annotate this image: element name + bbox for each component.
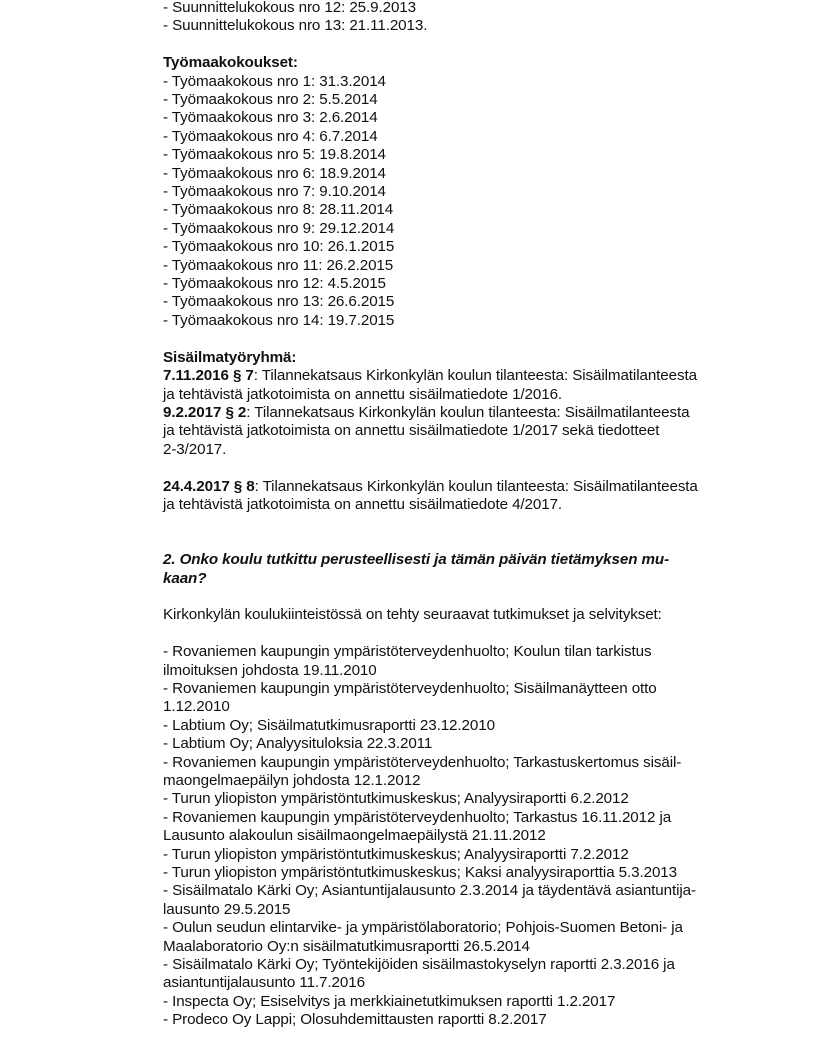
list-item: - Labtium Oy; Sisäilmatutkimusraportti 2… bbox=[163, 717, 753, 735]
list-item: - Prodeco Oy Lappi; Olosuhdemittausten r… bbox=[163, 1011, 753, 1029]
question-heading: 2. Onko koulu tutkittu perusteellisesti … bbox=[163, 551, 753, 569]
indoor-air-group-section: Sisäilmatyöryhmä: 7.11.2016 § 7: Tilanne… bbox=[163, 349, 753, 515]
entry-text: : Tilannekatsaus Kirkonkylän koulun tila… bbox=[254, 367, 697, 384]
list-item: - Työmaakokous nro 9: 29.12.2014 bbox=[163, 220, 753, 238]
list-item: - Työmaakokous nro 10: 26.1.2015 bbox=[163, 238, 753, 256]
planning-meetings-list: - Suunnittelukokous nro 12: 25.9.2013 - … bbox=[163, 0, 753, 36]
list-item: - Työmaakokous nro 14: 19.7.2015 bbox=[163, 312, 753, 330]
list-item: asiantuntijalausunto 11.7.2016 bbox=[163, 974, 753, 992]
list-item: - Rovaniemen kaupungin ympäristöterveyde… bbox=[163, 754, 753, 772]
entry-text: : Tilannekatsaus Kirkonkylän koulun tila… bbox=[255, 478, 698, 495]
list-item: - Rovaniemen kaupungin ympäristöterveyde… bbox=[163, 680, 753, 698]
list-item: maongelmaepäilyn johdosta 12.1.2012 bbox=[163, 772, 753, 790]
list-item: ilmoituksen johdosta 19.11.2010 bbox=[163, 662, 753, 680]
list-item: - Rovaniemen kaupungin ympäristöterveyde… bbox=[163, 643, 753, 661]
meeting-date-ref: 24.4.2017 § 8 bbox=[163, 478, 255, 495]
list-item: - Suunnittelukokous nro 12: 25.9.2013 bbox=[163, 0, 753, 17]
list-item: Lausunto alakoulun sisäilmaongelmaepäily… bbox=[163, 827, 753, 845]
entry-text: ja tehtävistä jatkotoimista on annettu s… bbox=[163, 386, 753, 404]
list-item: - Turun yliopiston ympäristöntutkimuskes… bbox=[163, 864, 753, 882]
list-item: - Työmaakokous nro 11: 26.2.2015 bbox=[163, 257, 753, 275]
site-meetings-section: Työmaakokoukset: - Työmaakokous nro 1: 3… bbox=[163, 54, 753, 330]
question-2-section: 2. Onko koulu tutkittu perusteellisesti … bbox=[163, 551, 753, 1030]
section-heading: Sisäilmatyöryhmä: bbox=[163, 349, 753, 367]
list-item: - Työmaakokous nro 2: 5.5.2014 bbox=[163, 91, 753, 109]
list-item: - Työmaakokous nro 1: 31.3.2014 bbox=[163, 73, 753, 91]
list-item: - Suunnittelukokous nro 13: 21.11.2013. bbox=[163, 17, 753, 35]
list-item: - Työmaakokous nro 3: 2.6.2014 bbox=[163, 109, 753, 127]
entry-text: : Tilannekatsaus Kirkonkylän koulun tila… bbox=[246, 404, 689, 421]
list-item: - Inspecta Oy; Esiselvitys ja merkkiaine… bbox=[163, 993, 753, 1011]
list-item: Maalaboratorio Oy:n sisäilmatutkimusrapo… bbox=[163, 938, 753, 956]
list-item: - Labtium Oy; Analyysituloksia 22.3.2011 bbox=[163, 735, 753, 753]
list-item: 1.12.2010 bbox=[163, 698, 753, 716]
meeting-entry: 24.4.2017 § 8: Tilannekatsaus Kirkonkylä… bbox=[163, 478, 753, 515]
list-item: - Työmaakokous nro 13: 26.6.2015 bbox=[163, 293, 753, 311]
entry-text: ja tehtävistä jatkotoimista on annettu s… bbox=[163, 422, 753, 440]
meeting-entry: 9.2.2017 § 2: Tilannekatsaus Kirkonkylän… bbox=[163, 404, 753, 459]
list-item: - Työmaakokous nro 4: 6.7.2014 bbox=[163, 128, 753, 146]
section-heading: Työmaakokoukset: bbox=[163, 54, 753, 72]
question-heading: kaan? bbox=[163, 570, 753, 588]
list-item: - Turun yliopiston ympäristöntutkimuskes… bbox=[163, 846, 753, 864]
list-item: - Työmaakokous nro 8: 28.11.2014 bbox=[163, 201, 753, 219]
meeting-date-ref: 9.2.2017 § 2 bbox=[163, 404, 246, 421]
list-item: - Työmaakokous nro 6: 18.9.2014 bbox=[163, 165, 753, 183]
list-item: - Turun yliopiston ympäristöntutkimuskes… bbox=[163, 790, 753, 808]
entry-text: 2-3/2017. bbox=[163, 441, 753, 459]
document-page: - Suunnittelukokous nro 12: 25.9.2013 - … bbox=[163, 0, 753, 1030]
list-item: - Työmaakokous nro 12: 4.5.2015 bbox=[163, 275, 753, 293]
studies-list: - Rovaniemen kaupungin ympäristöterveyde… bbox=[163, 643, 753, 1030]
list-item: lausunto 29.5.2015 bbox=[163, 901, 753, 919]
intro-paragraph: Kirkonkylän koulukiinteistössä on tehty … bbox=[163, 606, 753, 624]
list-item: - Sisäilmatalo Kärki Oy; Työntekijöiden … bbox=[163, 956, 753, 974]
list-item: - Rovaniemen kaupungin ympäristöterveyde… bbox=[163, 809, 753, 827]
meeting-entry: 7.11.2016 § 7: Tilannekatsaus Kirkonkylä… bbox=[163, 367, 753, 404]
entry-text: ja tehtävistä jatkotoimista on annettu s… bbox=[163, 496, 753, 514]
list-item: - Työmaakokous nro 7: 9.10.2014 bbox=[163, 183, 753, 201]
list-item: - Oulun seudun elintarvike- ja ympäristö… bbox=[163, 919, 753, 937]
list-item: - Sisäilmatalo Kärki Oy; Asiantuntijalau… bbox=[163, 882, 753, 900]
list-item: - Työmaakokous nro 5: 19.8.2014 bbox=[163, 146, 753, 164]
meeting-date-ref: 7.11.2016 § 7 bbox=[163, 367, 254, 384]
